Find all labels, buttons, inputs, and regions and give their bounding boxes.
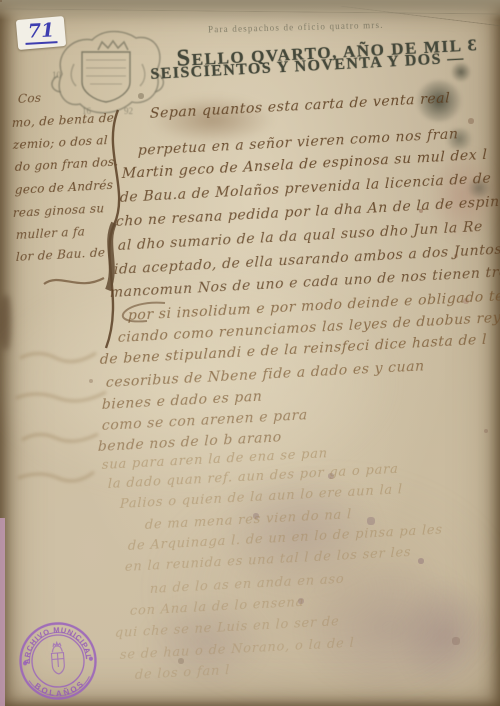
faded-handwritten-line: de los o fan l bbox=[135, 663, 230, 683]
faded-handwritten-line: con Ana la de lo ensena bbox=[130, 595, 305, 619]
handwritten-line: bienes e dado es pan bbox=[102, 389, 263, 413]
scanner-background-strip bbox=[0, 518, 5, 706]
stamp-crest-icon bbox=[51, 642, 65, 674]
paper-edge-tear bbox=[0, 295, 11, 350]
paper-edge-top bbox=[0, 0, 500, 20]
faded-handwritten-line: qui che se ne Luis en lo ser de bbox=[115, 614, 340, 641]
seal-header-line: Para despachos de oficio quatro mrs. bbox=[208, 20, 398, 35]
mildew-stain bbox=[395, 580, 495, 695]
archive-municipal-stamp: ARCHIVO MUNICIPAL BOLAÑOS bbox=[9, 613, 107, 706]
margin-note: muller a fa bbox=[16, 224, 85, 242]
faded-handwritten-line: na de lo as en anda en aso bbox=[150, 572, 345, 597]
ink-flourish bbox=[40, 268, 120, 294]
margin-note: Cos bbox=[18, 91, 42, 106]
faded-handwritten-line: se de hau o de Norano, o la de l bbox=[120, 636, 355, 663]
stamp-digit: 10 bbox=[52, 70, 62, 80]
handwritten-line: Sepan quantos esta carta de venta real bbox=[150, 90, 451, 122]
manuscript-scan: 71 10 16 92 Para despachos de oficio qua… bbox=[0, 0, 500, 706]
foxing-speckles bbox=[0, 0, 2, 2]
